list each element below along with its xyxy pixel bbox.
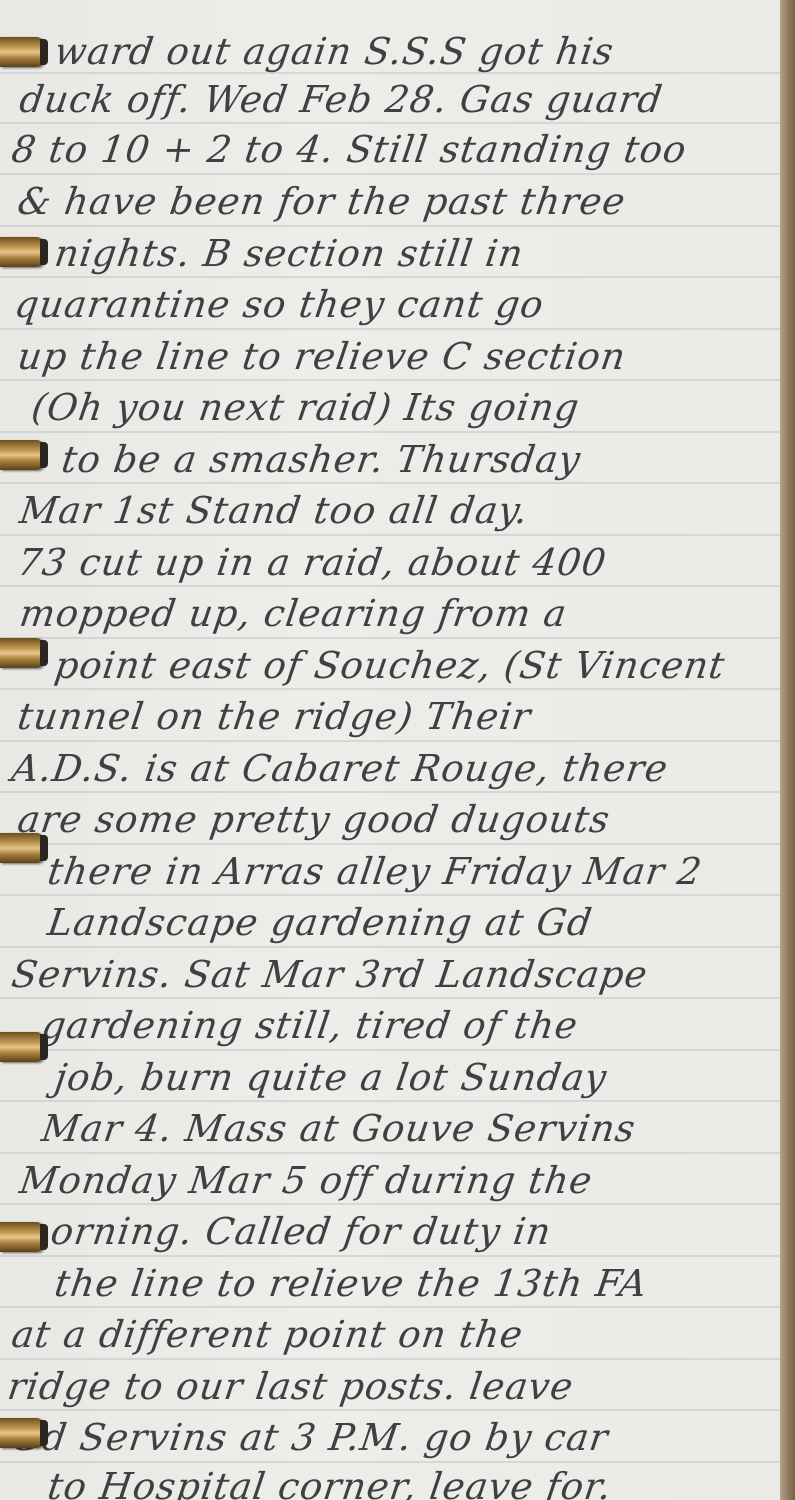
ruled-line	[0, 1100, 780, 1102]
ruled-line	[0, 1049, 780, 1051]
text-line: ward out again S.S.S got his	[52, 30, 617, 73]
text-line: gardening still, tired of the	[39, 1004, 581, 1047]
ruled-line	[0, 122, 780, 124]
text-line: A.D.S. is at Cabaret Rouge, there	[9, 747, 671, 790]
ruled-line	[0, 894, 780, 896]
ruled-line	[0, 946, 780, 948]
text-line: are some pretty good dugouts	[15, 798, 613, 841]
text-line: ridge to our last posts. leave	[5, 1365, 576, 1408]
spiral-ring	[0, 440, 42, 470]
ruled-line	[0, 328, 780, 330]
spiral-ring	[0, 638, 42, 668]
ruled-line	[0, 225, 780, 227]
ruled-line	[0, 534, 780, 536]
ruled-line	[0, 997, 780, 999]
spiral-ring	[0, 1032, 42, 1062]
notebook-cover-edge	[780, 0, 795, 1500]
ruled-line	[0, 1409, 780, 1411]
ruled-line	[0, 1255, 780, 1257]
text-line: Gd Servins at 3 P.M. go by car	[9, 1416, 611, 1459]
ruled-line	[0, 482, 780, 484]
ruled-line	[0, 637, 780, 639]
text-line: 8 to 10 + 2 to 4. Still standing too	[9, 128, 690, 171]
spiral-ring	[0, 237, 42, 267]
text-line: Mar 1st Stand too all day.	[17, 489, 531, 532]
ruled-line	[0, 379, 780, 381]
text-line: tunnel on the ridge) Their	[15, 695, 534, 738]
text-line: morning. Called for duty in	[12, 1210, 554, 1253]
text-line: Monday Mar 5 off during the	[17, 1159, 595, 1202]
text-line: up the line to relieve C section	[15, 335, 629, 378]
ruled-line	[0, 688, 780, 690]
ruled-line	[0, 276, 780, 278]
notebook-page: ward out again S.S.S got his duck off. W…	[0, 0, 780, 1500]
spiral-ring	[0, 37, 42, 67]
spiral-ring	[0, 833, 42, 863]
text-line: Servins. Sat Mar 3rd Landscape	[9, 953, 651, 996]
text-line: the line to relieve the 13th FA	[52, 1262, 650, 1305]
text-line: to Hospital corner, leave for.	[45, 1465, 615, 1500]
text-line: duck off. Wed Feb 28. Gas guard	[17, 78, 666, 121]
text-line: & have been for the past three	[15, 180, 629, 223]
ruled-line	[0, 1203, 780, 1205]
ruled-line	[0, 740, 780, 742]
ruled-line	[0, 585, 780, 587]
text-line: Mar 4. Mass at Gouve Servins	[39, 1107, 639, 1150]
ruled-line	[0, 1461, 780, 1463]
text-line: mopped up, clearing from a	[17, 592, 570, 635]
spiral-ring	[0, 1418, 42, 1448]
ruled-line	[0, 1358, 780, 1360]
text-line: nights. B section still in	[52, 232, 527, 275]
ruled-line	[0, 1152, 780, 1154]
text-line: there in Arras alley Friday Mar 2	[45, 850, 705, 893]
ruled-line	[0, 173, 780, 175]
ruled-line	[0, 843, 780, 845]
ruled-line	[0, 1306, 780, 1308]
text-line: at a different point on the	[9, 1313, 526, 1356]
text-line: to be a smasher. Thursday	[59, 438, 584, 481]
spiral-ring	[0, 1222, 42, 1252]
text-line: point east of Souchez, (St Vincent	[52, 644, 728, 687]
text-line: quarantine so they cant go	[12, 283, 547, 326]
text-line: 73 cut up in a raid, about 400	[15, 541, 609, 584]
ruled-line	[0, 791, 780, 793]
ruled-line	[0, 431, 780, 433]
text-line: job, burn quite a lot Sunday	[52, 1056, 610, 1099]
text-line: Landscape gardening at Gd	[45, 901, 595, 944]
text-line: (Oh you next raid) Its going	[29, 386, 582, 429]
